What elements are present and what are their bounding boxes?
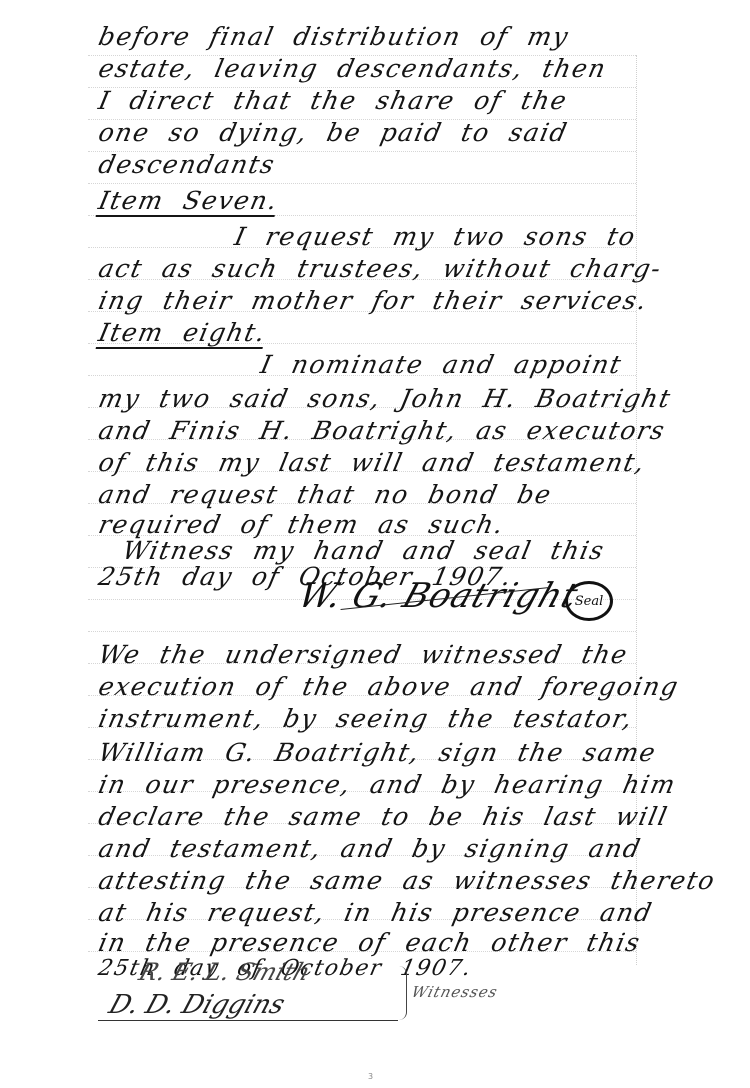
witness-clause-line: Witness my hand and seal this	[120, 536, 666, 565]
seal-mark: Seal	[565, 581, 613, 621]
attestation-line: instrument, by seeing the testator,	[96, 704, 642, 733]
testator-signature: W. G. Boatright	[294, 576, 584, 616]
body-line: estate, leaving descendants, then	[96, 54, 642, 83]
item-seven-line: ing their mother for their services.	[96, 286, 642, 315]
item-eight-line: I nominate and appoint	[258, 350, 750, 379]
item-seven-line: act as such trustees, without charg-	[96, 254, 642, 283]
item-eight-heading: Item eight.	[96, 318, 642, 347]
body-line: I direct that the share of the	[96, 86, 642, 115]
item-seven-heading: Item Seven.	[96, 186, 642, 215]
seal-label: Seal	[575, 594, 604, 609]
item-eight-line: and request that no bond be	[96, 480, 642, 509]
item-eight-line: my two said sons, John H. Boatright	[96, 384, 642, 413]
item-eight-line: required of them as such.	[96, 510, 642, 539]
attestation-line: in our presence, and by hearing him	[96, 770, 642, 799]
body-line: one so dying, be paid to said	[96, 118, 642, 147]
scanned-document-page: before final distribution of my estate, …	[0, 0, 750, 1088]
item-eight-line: of this my last will and testament,	[96, 448, 642, 477]
item-seven-line: I request my two sons to	[232, 222, 750, 251]
item-eight-line: and Finis H. Boatright, as executors	[96, 416, 642, 445]
attestation-line: declare the same to be his last will	[96, 802, 642, 831]
attestation-line: William G. Boatright, sign the same	[96, 738, 642, 767]
ruled-line	[88, 183, 636, 184]
body-line: before final distribution of my	[96, 22, 642, 51]
attestation-line: We the undersigned witnessed the	[96, 640, 642, 669]
witnesses-label: Witnesses	[410, 983, 500, 1001]
attestation-line: execution of the above and foregoing	[96, 672, 642, 701]
body-line: descendants	[96, 150, 642, 179]
attestation-line: in the presence of each other this	[96, 928, 642, 957]
witness-bracket	[398, 966, 407, 1020]
witness-signature: D. D. Diggins	[105, 990, 288, 1020]
ruled-line	[88, 631, 636, 632]
attestation-line: at his request, in his presence and	[96, 898, 642, 927]
page-number: 3	[368, 1072, 373, 1081]
attestation-line: and testament, and by signing and	[96, 834, 642, 863]
witness-signature-line	[98, 1020, 398, 1021]
attestation-line: attesting the same as witnesses thereto	[96, 866, 642, 895]
ruled-line	[88, 215, 636, 216]
witness-signature: R. E. L. Smith	[135, 958, 313, 986]
